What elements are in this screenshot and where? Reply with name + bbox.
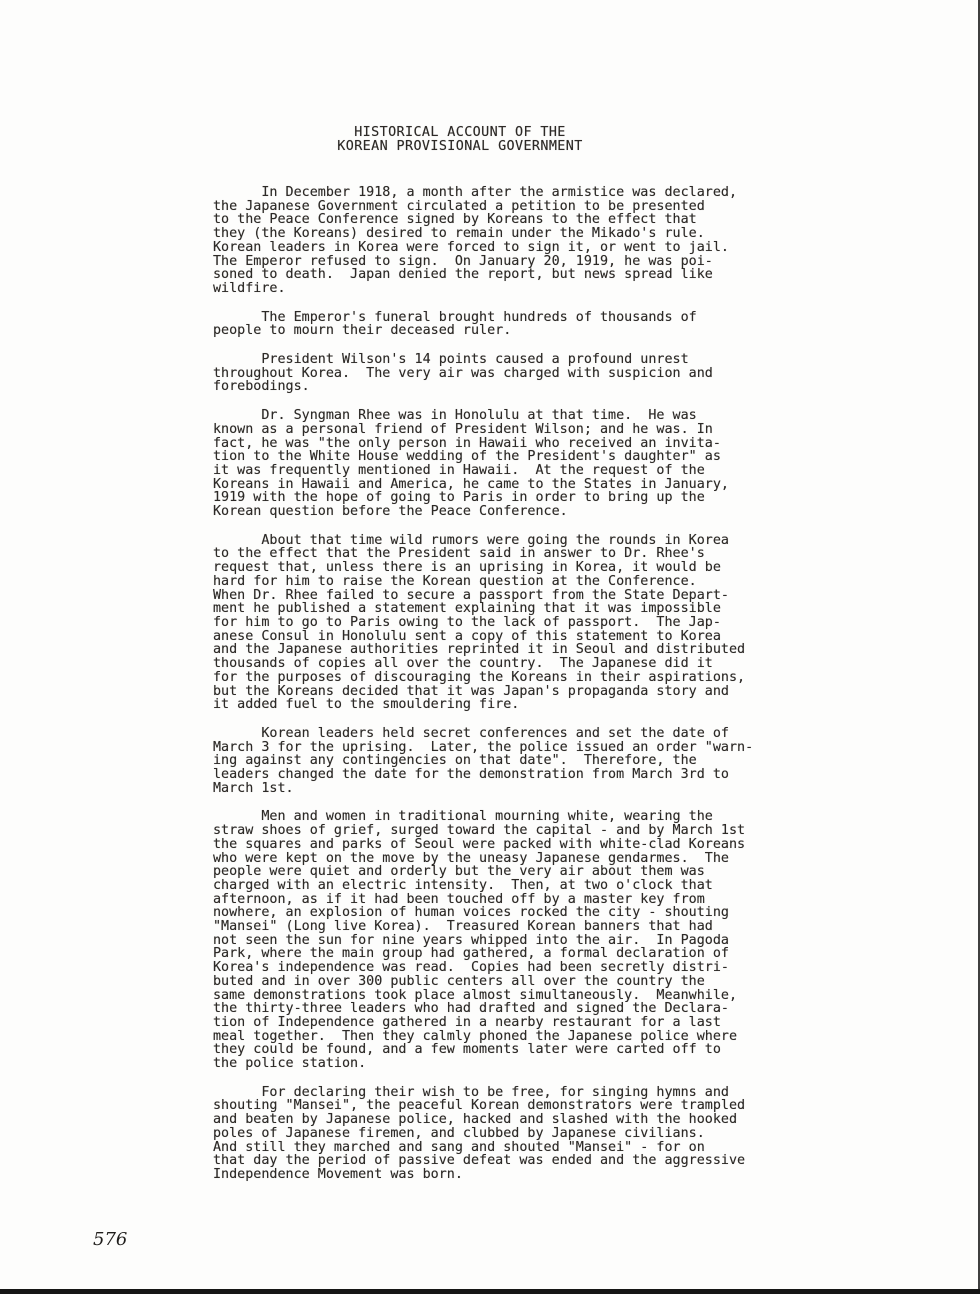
scan-bottom-bar: [0, 1289, 980, 1294]
document-title: HISTORICAL ACCOUNT OF THE KOREAN PROVISI…: [235, 126, 685, 154]
paragraph: President Wilson's 14 points caused a pr…: [213, 353, 783, 394]
paragraph: The Emperor's funeral brought hundreds o…: [213, 311, 783, 338]
paragraph: In December 1918, a month after the armi…: [213, 186, 783, 296]
paragraph: About that time wild rumors were going t…: [213, 534, 783, 712]
paragraph: Dr. Syngman Rhee was in Honolulu at that…: [213, 409, 783, 519]
page-number: 576: [93, 1229, 127, 1250]
paragraph: For declaring their wish to be free, for…: [213, 1086, 783, 1182]
scanned-document-page: HISTORICAL ACCOUNT OF THE KOREAN PROVISI…: [0, 0, 980, 1294]
paragraph: Men and women in traditional mourning wh…: [213, 810, 783, 1070]
document-body: In December 1918, a month after the armi…: [213, 186, 783, 1197]
paragraph: Korean leaders held secret conferences a…: [213, 727, 783, 796]
